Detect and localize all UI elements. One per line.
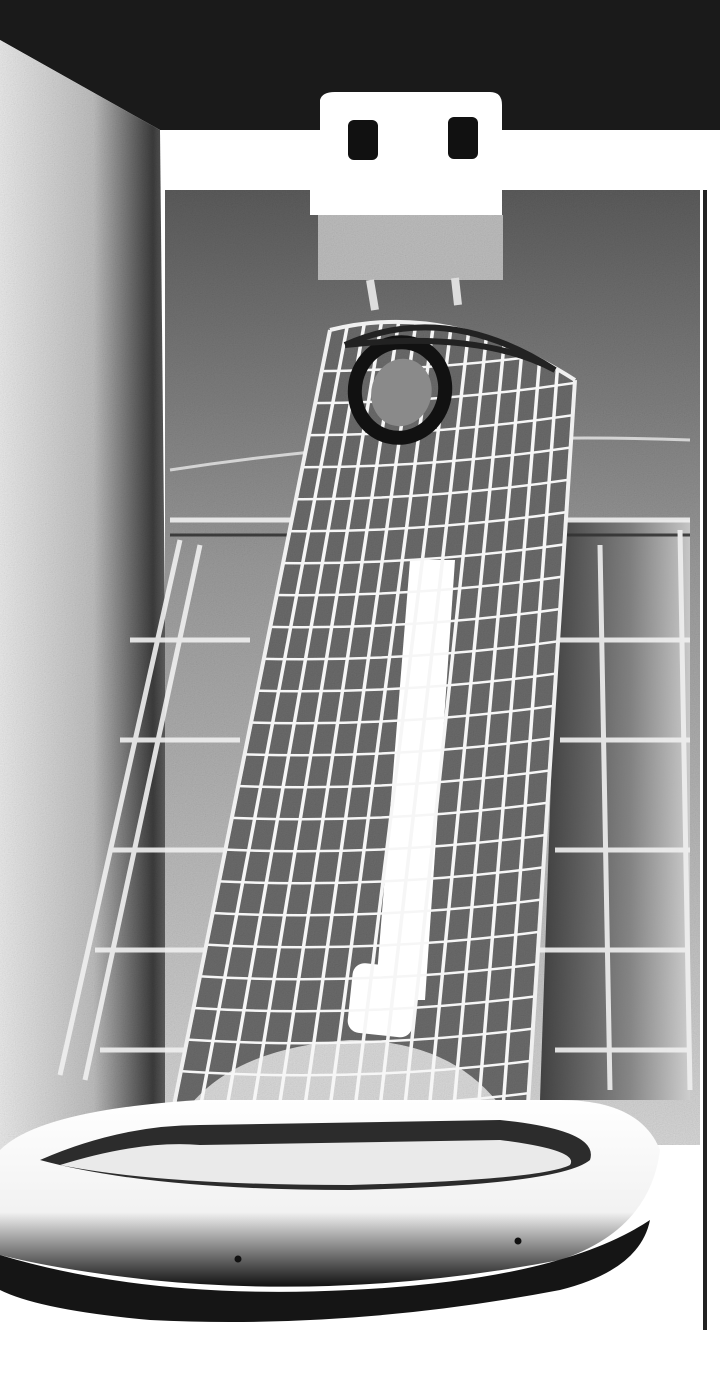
base-dot-left — [235, 1256, 242, 1263]
cabinet-left-wall — [0, 40, 170, 1180]
mounting-bracket — [310, 92, 503, 310]
bracket-hole-right — [448, 117, 478, 159]
photograph — [0, 0, 720, 1395]
bracket-hole-left — [348, 120, 378, 160]
base-dot-right — [515, 1238, 522, 1245]
cabinet-right-shadow — [540, 520, 690, 1100]
